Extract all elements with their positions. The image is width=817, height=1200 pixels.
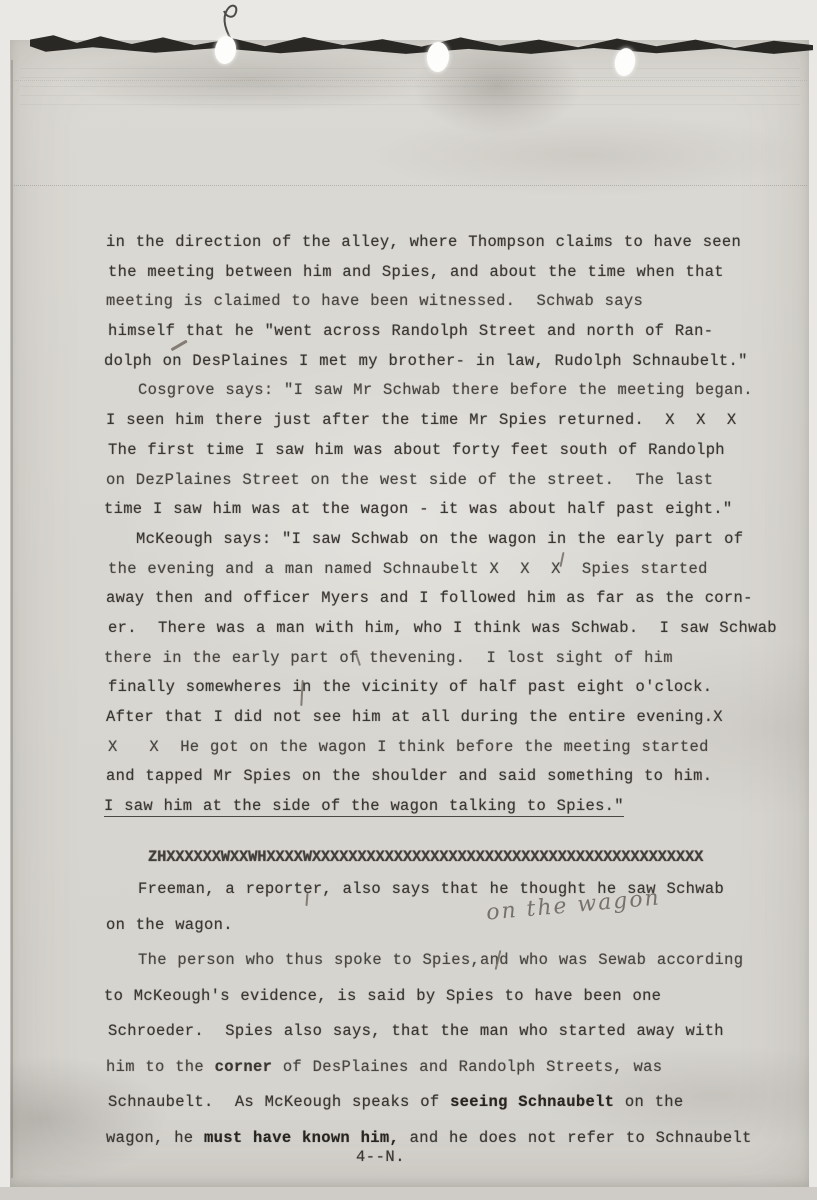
- typed-line: himself that he "went across Randolph St…: [108, 317, 784, 347]
- typed-text-block: in the direction of the alley, where Tho…: [106, 228, 782, 1156]
- typed-line: in the direction of the alley, where Tho…: [106, 228, 782, 258]
- typed-line: him to the corner of DesPlaines and Rand…: [106, 1050, 782, 1086]
- typed-line: time I saw him was at the wagon - it was…: [104, 495, 780, 525]
- typed-line: The person who thus spoke to Spies,and w…: [108, 943, 784, 979]
- paper-left-edge-shadow: [11, 60, 13, 1178]
- scan-artifact-line: [14, 185, 807, 186]
- typed-line: Freeman, a reporter, also says that he t…: [108, 872, 784, 908]
- scan-streaks: [20, 68, 800, 110]
- typed-line: on the wagon.: [106, 908, 782, 944]
- scan-artifact-line: [14, 80, 807, 81]
- typed-line: X X He got on the wagon I think before t…: [108, 733, 784, 763]
- typed-line: wagon, he must have known him, and he do…: [106, 1121, 782, 1157]
- typed-line: After that I did not see him at all duri…: [106, 703, 782, 733]
- typed-line: and tapped Mr Spies on the shoulder and …: [106, 762, 782, 792]
- typed-line: I seen him there just after the time Mr …: [106, 406, 782, 436]
- typed-line: Cosgrove says: "I saw Mr Schwab there be…: [108, 376, 784, 406]
- typed-line: The first time I saw him was about forty…: [108, 436, 784, 466]
- typed-line: McKeough says: "I saw Schwab on the wago…: [106, 525, 782, 555]
- typed-line: Schnaubelt. As McKeough speaks of seeing…: [108, 1085, 784, 1121]
- typed-line: the meeting between him and Spies, and a…: [108, 258, 784, 288]
- typed-line: dolph on DesPlaines I met my brother- in…: [104, 347, 780, 377]
- typed-line: I saw him at the side of the wagon talki…: [104, 792, 780, 822]
- typed-line: Schroeder. Spies also says, that the man…: [108, 1014, 784, 1050]
- typed-line: the evening and a man named Schnaubelt X…: [108, 555, 784, 585]
- paper-bottom-edge: [0, 1187, 817, 1200]
- typed-line: meeting is claimed to have been witnesse…: [106, 287, 782, 317]
- page-number: 4--N.: [356, 1148, 405, 1166]
- typed-line: there in the early part of thevening. I …: [104, 644, 780, 674]
- strikeout-line: ZHXXXXXXWXXWHXXXXWXXXXXXXXXXXXXXXXXXXXXX…: [106, 843, 782, 873]
- typed-line: finally somewheres in the vicinity of ha…: [108, 673, 784, 703]
- scanned-document: in the direction of the alley, where Tho…: [0, 0, 817, 1200]
- typed-line: to McKeough's evidence, is said by Spies…: [104, 979, 780, 1015]
- typed-line: away then and officer Myers and I follow…: [106, 584, 782, 614]
- typed-line: on DezPlaines Street on the west side of…: [106, 466, 782, 496]
- typed-line: er. There was a man with him, who I thin…: [108, 614, 784, 644]
